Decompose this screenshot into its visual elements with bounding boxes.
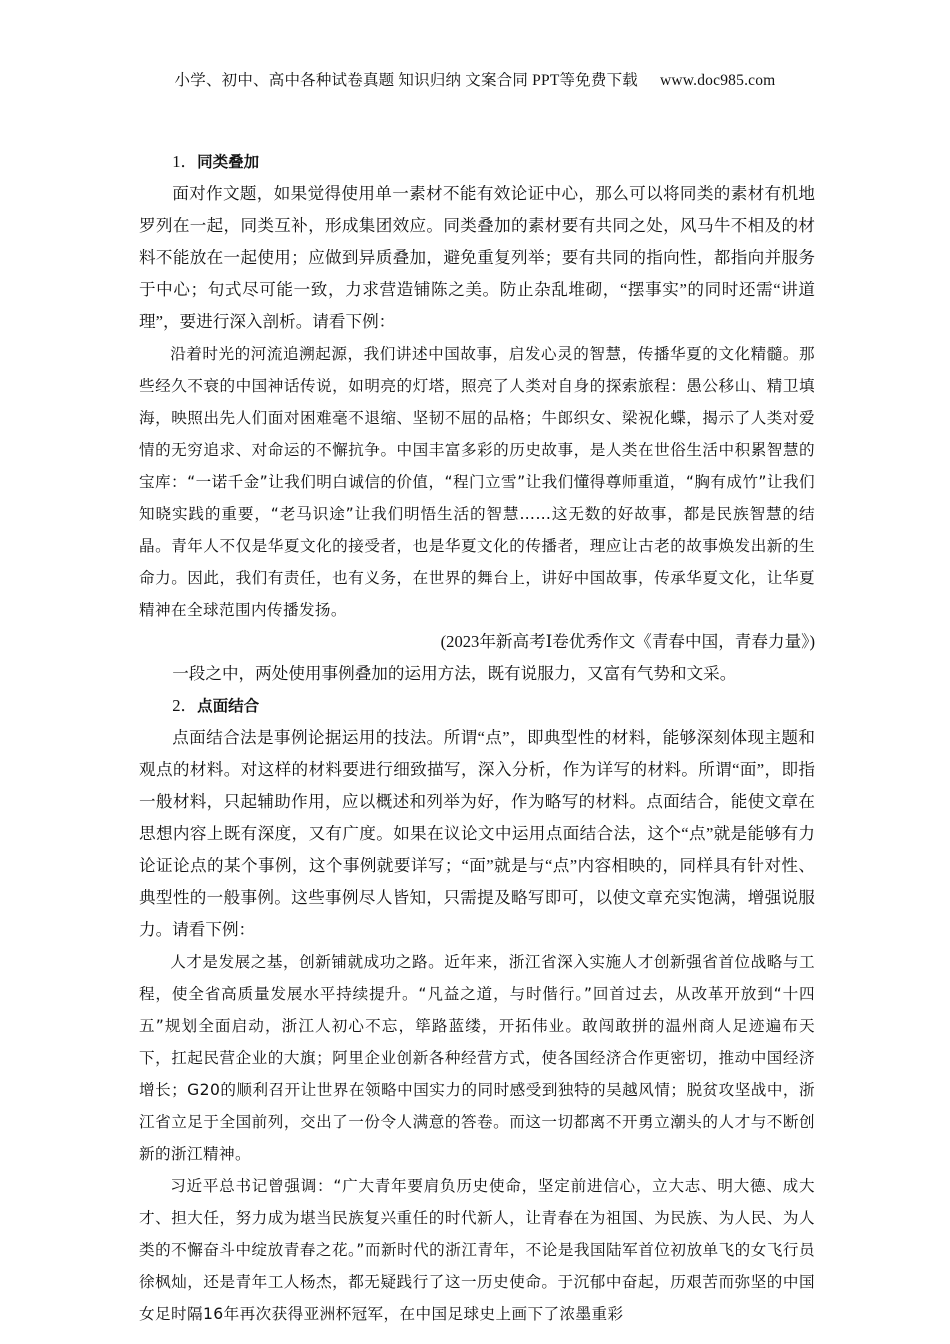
section-number: 1． [172,152,197,171]
example-paragraph: 人才是发展之基，创新铺就成功之路。近年来，浙江省深入实施人才创新强省首位战略与工… [139,946,815,1170]
header-url: www.doc985.com [660,72,775,89]
comment-paragraph: 一段之中，两处使用事例叠加的运用方法，既有说服力，又富有气势和文采。 [139,658,815,690]
section-number: 2． [172,696,197,715]
page-header: 小学、初中、高中各种试卷真题 知识归纳 文案合同 PPT等免费下载www.doc… [0,68,950,90]
section-intro-paragraph: 面对作文题，如果觉得使用单一素材不能有效论证中心，那么可以将同类的素材有机地罗列… [139,178,815,338]
document-body: 1．同类叠加 面对作文题，如果觉得使用单一素材不能有效论证中心，那么可以将同类的… [139,146,815,1330]
example-paragraph: 习近平总书记曾强调：“广大青年要肩负历史使命，坚定前进信心，立大志、明大德、成大… [139,1170,815,1330]
header-text: 小学、初中、高中各种试卷真题 知识归纳 文案合同 PPT等免费下载 [175,72,638,89]
section-title: 同类叠加 [197,153,259,171]
section-intro-paragraph: 点面结合法是事例论据运用的技法。所谓“点”，即典型性的材料，能够深刻体现主题和观… [139,722,815,946]
section-title: 点面结合 [197,697,259,715]
example-source-citation: (2023年新高考Ⅰ卷优秀作文《青春中国，青春力量》) [139,626,815,658]
example-paragraph: 沿着时光的河流追溯起源，我们讲述中国故事，启发心灵的智慧，传播华夏的文化精髓。那… [139,338,815,626]
section-heading-1: 1．同类叠加 [139,146,815,178]
section-heading-2: 2．点面结合 [139,690,815,722]
